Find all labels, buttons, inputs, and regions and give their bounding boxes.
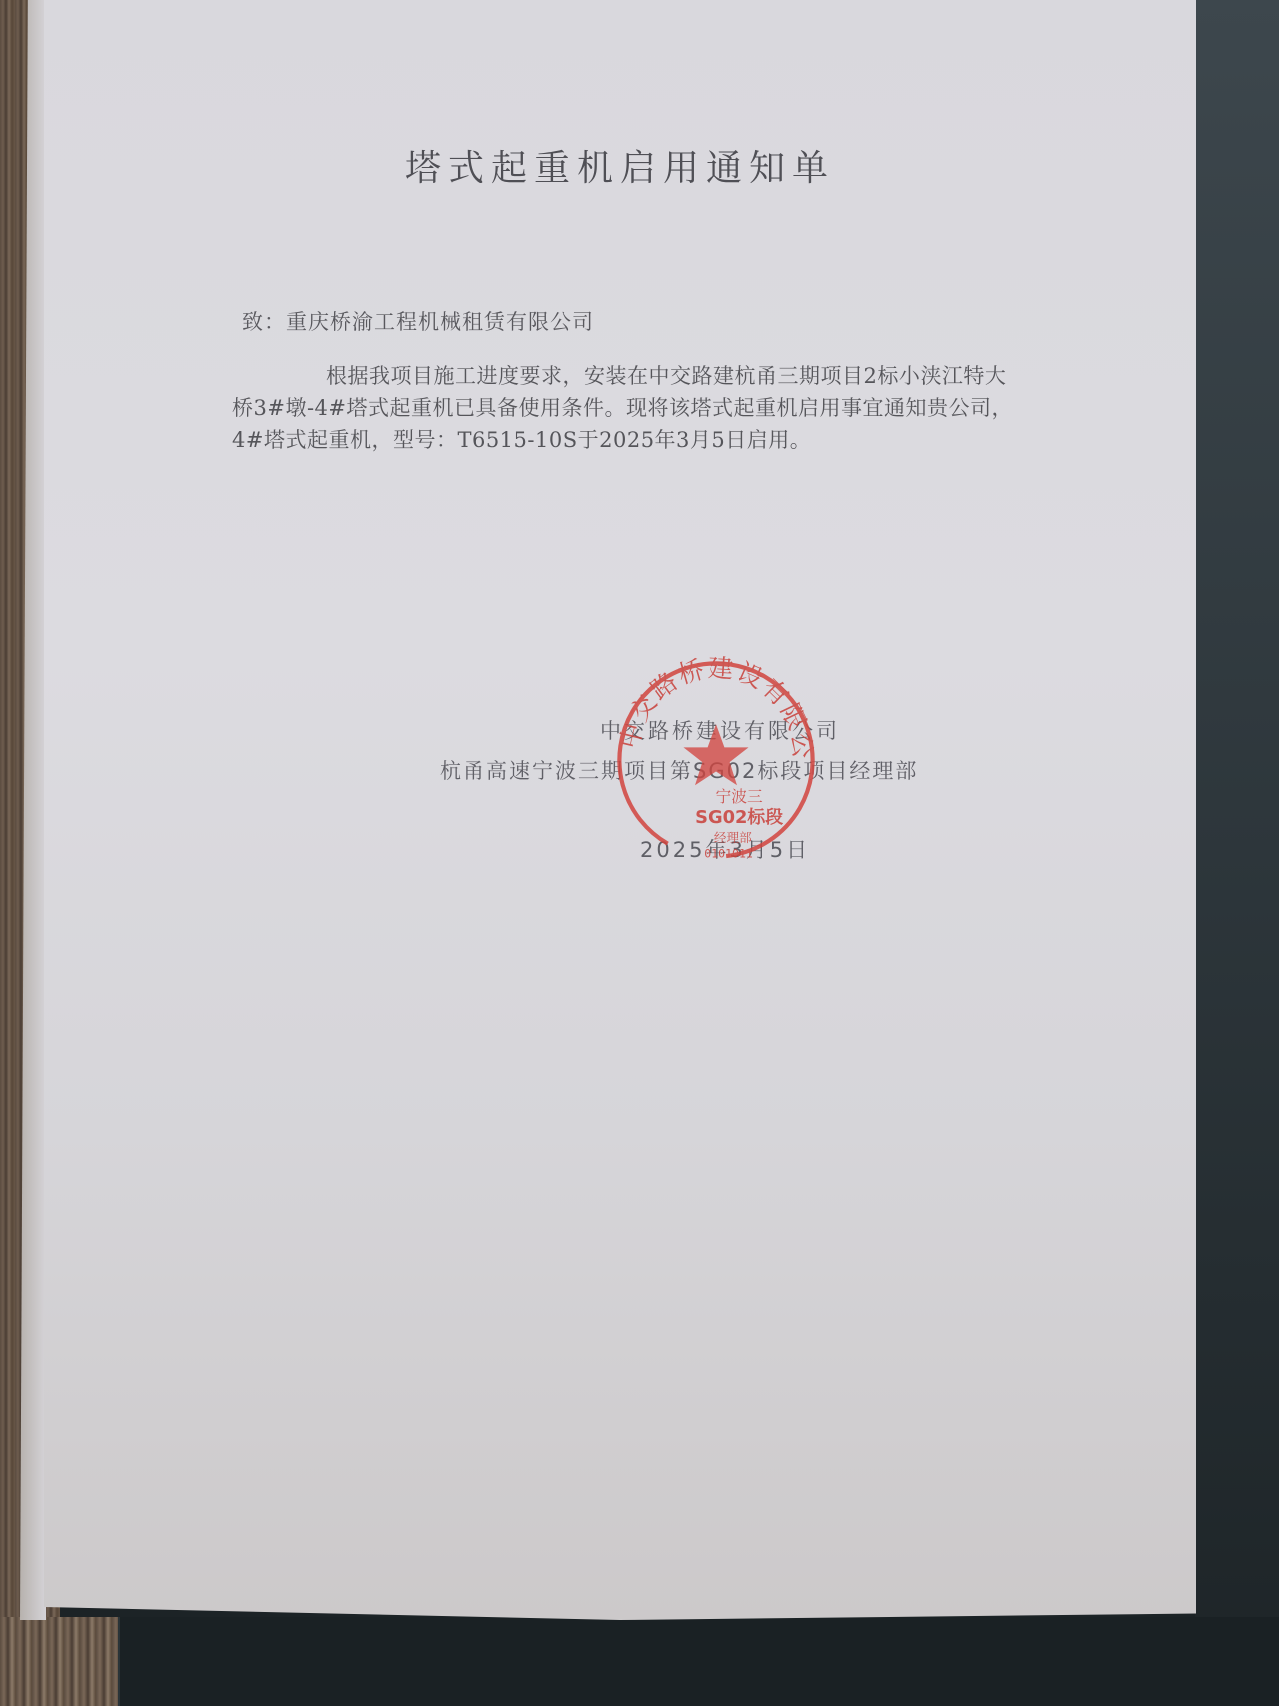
signature-date: 2025年3月5日 xyxy=(640,834,810,864)
folder-edge-bottom xyxy=(118,1617,1279,1706)
recipient-line: 致：重庆桥渝工程机械租赁有限公司 xyxy=(242,306,594,336)
notice-body: 根据我项目施工进度要求，安装在中交路建杭甬三期项目2标小浃江特大桥3#墩-4#塔… xyxy=(232,360,1022,456)
recipient-name: 重庆桥渝工程机械租赁有限公司 xyxy=(286,310,594,334)
notice-paper xyxy=(44,0,1196,1620)
signature-company: 中交路桥建设有限公司 xyxy=(600,715,840,745)
wooden-desk-corner xyxy=(0,1617,120,1706)
document-title: 塔式起重机启用通知单 xyxy=(0,140,1240,191)
recipient-label: 致： xyxy=(242,310,286,334)
signature-department: 杭甬高速宁波三期项目第SG02标段项目经理部 xyxy=(440,755,918,785)
folder-edge-right xyxy=(1195,0,1279,1706)
